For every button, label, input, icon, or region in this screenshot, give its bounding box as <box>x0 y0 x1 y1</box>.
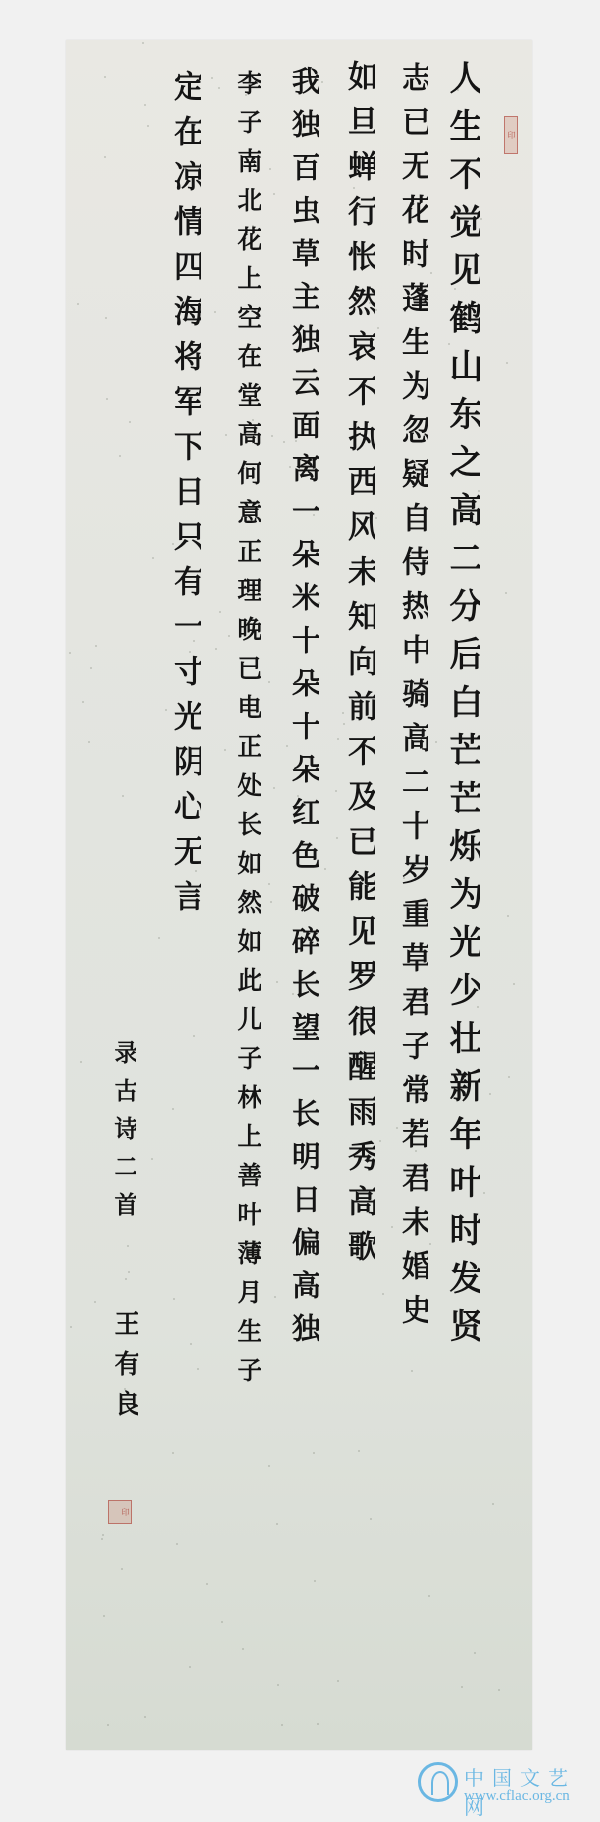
paper-speck <box>377 327 379 329</box>
paper-speck <box>483 1192 485 1194</box>
paper-speck <box>314 1580 316 1582</box>
paper-speck <box>268 1465 270 1467</box>
paper-speck <box>104 76 106 78</box>
inscription: 录古诗二首 <box>112 1040 136 1230</box>
paper-speck <box>214 311 216 313</box>
paper-speck <box>283 441 285 443</box>
paper-speck <box>269 168 271 170</box>
paper-speck <box>107 1724 109 1726</box>
paper-speck <box>506 362 508 364</box>
watermark: 中国文艺网 www.cflac.org.cn <box>418 1758 600 1818</box>
paper-speck <box>158 937 160 939</box>
paper-speck <box>147 125 149 127</box>
paper-speck <box>69 652 71 654</box>
paper-speck <box>271 435 273 437</box>
paper-speck <box>321 81 323 83</box>
paper-speck <box>122 795 124 797</box>
paper-speck <box>95 645 97 647</box>
paper-speck <box>206 1583 208 1585</box>
paper-speck <box>101 1538 103 1540</box>
paper-speck <box>277 1684 279 1686</box>
paper-speck <box>172 1108 174 1110</box>
signature: 王有良 <box>112 1310 138 1430</box>
paper-speck <box>197 1368 199 1370</box>
paper-speck <box>370 1518 372 1520</box>
paper-speck <box>121 1568 123 1570</box>
seal-text: 印 <box>109 1501 131 1523</box>
paper-speck <box>498 1689 500 1691</box>
paper-speck <box>90 667 92 669</box>
paper-speck <box>273 193 275 195</box>
paper-speck <box>152 557 154 559</box>
calligraphy-column: 我独百虫草主独云面离一朵米十朵十朵红色破碎长望一长明日偏高独 <box>290 66 319 1356</box>
paper-speck <box>276 981 278 983</box>
paper-speck <box>224 749 226 751</box>
seal-signature-icon: 印 <box>108 1500 132 1524</box>
paper-speck <box>142 42 144 44</box>
paper-speck <box>173 1298 175 1300</box>
seal-top-right-icon: 印 <box>504 116 518 154</box>
paper-speck <box>268 883 270 885</box>
paper-speck <box>119 455 121 457</box>
paper-speck <box>80 1061 82 1063</box>
paper-speck <box>489 1093 491 1095</box>
paper-speck <box>103 1615 105 1617</box>
paper-speck <box>228 635 230 637</box>
paper-speck <box>505 592 507 594</box>
paper-speck <box>94 1301 96 1303</box>
paper-speck <box>317 1723 319 1725</box>
paper-speck <box>337 1680 339 1682</box>
paper-speck <box>430 272 432 274</box>
paper-speck <box>129 421 131 423</box>
paper-speck <box>127 1245 129 1247</box>
paper-speck <box>176 1543 178 1545</box>
calligraphy-column: 人生不觉见鹤山东之高二分后白芒芒烁为光少壮新年叶时发贤 <box>446 60 480 1356</box>
paper-speck <box>82 701 84 703</box>
paper-speck <box>358 1450 360 1452</box>
paper-speck <box>88 741 90 743</box>
paper-speck <box>375 309 377 311</box>
seal-text: 印 <box>505 117 517 153</box>
paper-speck <box>104 156 106 158</box>
paper-speck <box>193 1035 195 1037</box>
paper-speck <box>508 1076 510 1078</box>
paper-speck <box>211 77 213 79</box>
paper-speck <box>242 1648 244 1650</box>
paper-speck <box>313 1452 315 1454</box>
paper-speck <box>215 648 217 650</box>
paper-speck <box>221 1621 223 1623</box>
paper-speck <box>461 1686 463 1688</box>
paper-speck <box>144 1716 146 1718</box>
paper-speck <box>379 1140 381 1142</box>
paper-speck <box>274 1296 276 1298</box>
paper-speck <box>190 1343 192 1345</box>
paper-speck <box>337 738 339 740</box>
paper-speck <box>189 1666 191 1668</box>
paper-speck <box>391 1226 393 1228</box>
paper-speck <box>281 1724 283 1726</box>
paper-speck <box>102 1534 104 1536</box>
paper-speck <box>507 915 509 917</box>
calligraphy-column: 李子南北花上空在堂高何意正理晚已电正处长如然如此儿子林上善叶薄月生子 <box>236 70 261 1396</box>
calligraphy-column: 如旦蝉行怅然哀不执西风未知向前不及已能见罗很醒雨秀高歌 <box>344 60 375 1275</box>
paper-speck <box>218 87 220 89</box>
paper-speck <box>105 317 107 319</box>
paper-speck <box>411 1370 413 1372</box>
paper-speck <box>286 745 288 747</box>
paper-speck <box>382 1293 384 1295</box>
paper-speck <box>270 901 272 903</box>
paper-speck <box>106 398 108 400</box>
paper-speck <box>435 741 437 743</box>
paper-speck <box>513 983 515 985</box>
calligraphy-column: 定在凉情四海将军下日只有一寸光阴心无言 <box>170 70 201 925</box>
paper-speck <box>125 1278 127 1280</box>
paper-speck <box>324 868 326 870</box>
paper-speck <box>128 1271 130 1273</box>
paper-speck <box>480 218 482 220</box>
calligraphy-column: 志已无花时蓬生为忽疑自侍热中骑高二十岁重草君子常若君未婚史 <box>398 62 428 1338</box>
paper-speck <box>474 1652 476 1654</box>
paper-speck <box>151 1158 153 1160</box>
paper-speck <box>219 611 221 613</box>
paper-speck <box>429 1243 431 1245</box>
paper-speck <box>492 1503 494 1505</box>
paper-speck <box>144 104 146 106</box>
paper-speck <box>268 681 270 683</box>
paper-speck <box>225 434 227 436</box>
paper-speck <box>336 837 338 839</box>
paper-speck <box>273 787 275 789</box>
cflac-logo-icon <box>418 1762 458 1802</box>
paper-speck <box>165 709 167 711</box>
paper-speck <box>276 1523 278 1525</box>
paper-speck <box>70 1326 72 1328</box>
paper-speck <box>375 517 377 519</box>
paper-speck <box>77 303 79 305</box>
paper-speck <box>428 1595 430 1597</box>
watermark-url: www.cflac.org.cn <box>464 1788 570 1805</box>
paper-speck <box>172 1452 174 1454</box>
paper-speck <box>335 790 337 792</box>
